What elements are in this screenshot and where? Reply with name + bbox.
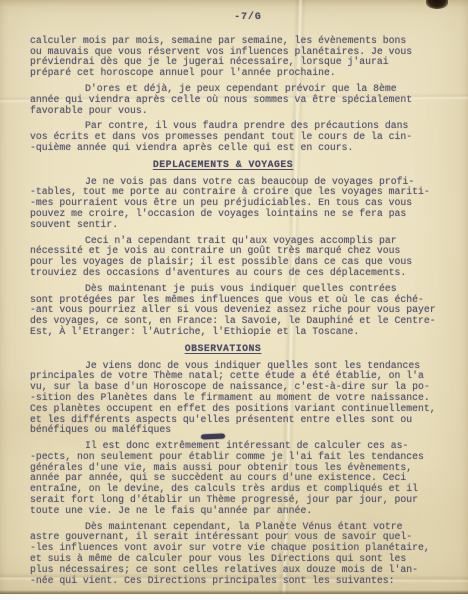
paragraph: Dès maintenant cependant, la Planète Vén…	[30, 522, 446, 587]
paragraph: Par contre, il vous faudra prendre des p…	[30, 121, 446, 153]
scanned-letter-page: -7/G calculer mois par mois, semaine par…	[0, 0, 468, 600]
paragraph: Je viens donc de vous indiquer quelles s…	[30, 361, 446, 437]
section-heading-deplacements-voyages: DEPLACEMENTS & VOYAGES	[30, 160, 416, 171]
paragraph: D'ores et déjà, je peux cependant prévoi…	[30, 84, 446, 116]
paragraph: Il est donc extrêmement intéressant de c…	[30, 441, 446, 517]
section-heading-observations: OBSERVATIONS	[30, 344, 416, 355]
scan-background-strip	[0, 594, 468, 600]
paragraph: Dès maintenant je puis vous indiquer que…	[30, 284, 446, 338]
document-body: -7/G calculer mois par mois, semaine par…	[0, 0, 468, 600]
paragraph: Ceci n'a cependant trait qu'aux voyages …	[30, 236, 446, 279]
ink-smudge	[201, 434, 225, 440]
paragraph-continuation: calculer mois par mois, semaine par sema…	[30, 36, 446, 79]
paragraph: Je ne vois pas dans votre cas beaucoup d…	[30, 177, 446, 231]
page-number: -7/G	[50, 12, 446, 23]
